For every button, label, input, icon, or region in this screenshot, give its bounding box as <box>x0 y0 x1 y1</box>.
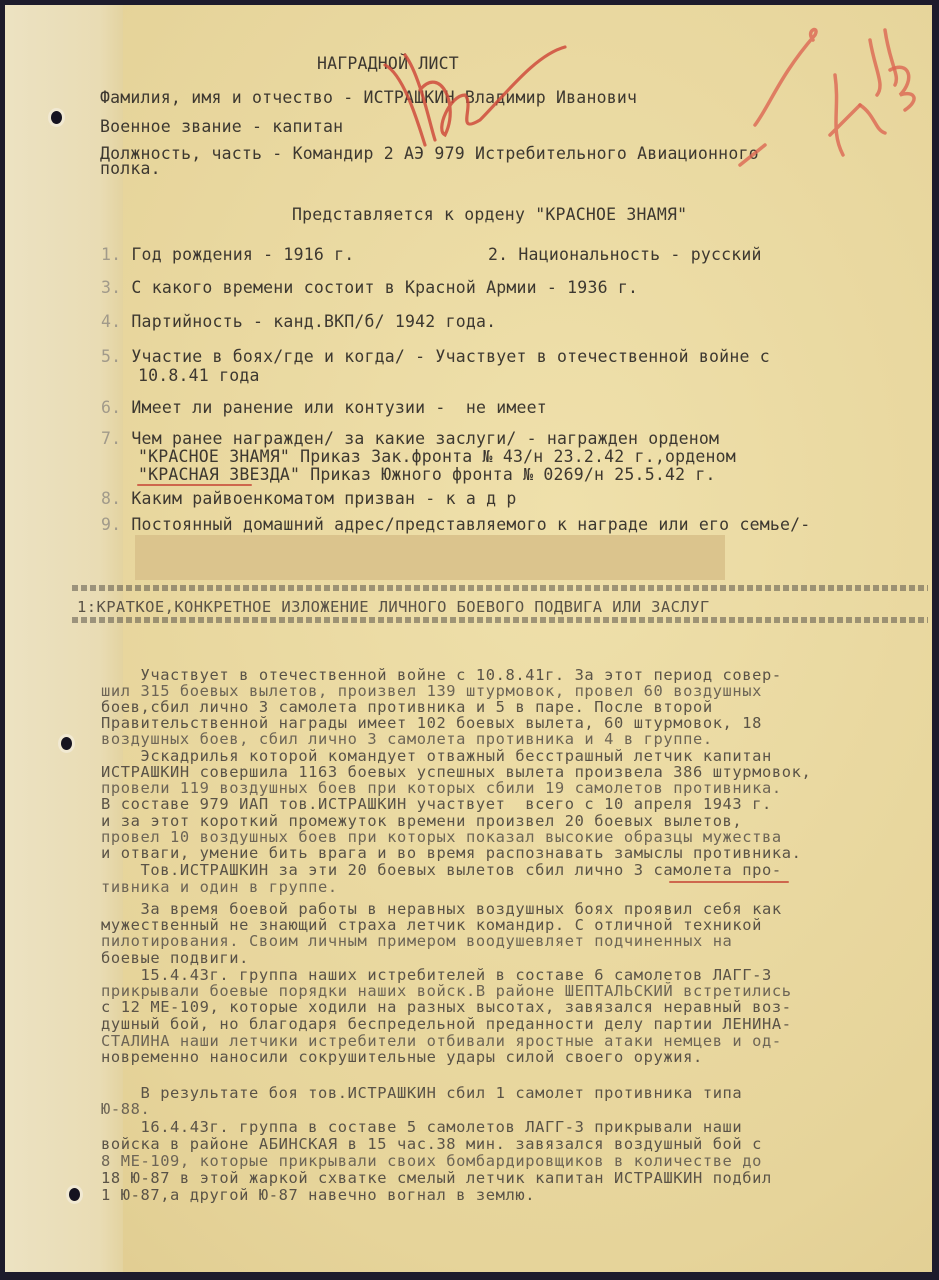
item-text: Национальность - русский <box>518 245 761 264</box>
item-number: 6. <box>101 398 121 417</box>
item-number: 4. <box>101 312 121 331</box>
red-note-icon <box>725 15 925 175</box>
item-4: 4. Партийность - канд.ВКП/б/ 1942 года. <box>101 312 496 331</box>
item-number: 9. <box>101 515 121 534</box>
narrative-line: тивника и один в группе. <box>101 877 338 897</box>
item-7-cont2: "КРАСНАЯ ЗВЕЗДА" Приказ Южного фронта № … <box>138 465 716 484</box>
red-underline <box>137 484 252 486</box>
narrative-line: 1 Ю-87,а другой Ю-87 навечно вогнал в зе… <box>101 1185 535 1205</box>
item-1: 1. Год рождения - 1916 г. <box>101 245 354 264</box>
item-number: 2. <box>488 245 508 264</box>
red-signature-icon <box>365 35 575 155</box>
punch-hole <box>51 111 62 124</box>
item-number: 8. <box>101 489 121 508</box>
item-text: Год рождения - 1916 г. <box>131 245 354 264</box>
item-number: 3. <box>101 278 121 297</box>
item-number: 1. <box>101 245 121 264</box>
item-7-cont: "КРАСНОЕ ЗНАМЯ" Приказ Зак.фронта № 43/н… <box>138 447 736 466</box>
item-text: Каким райвоенкоматом призван - к а д р <box>131 489 516 508</box>
item-3: 3. С какого времени состоит в Красной Ар… <box>101 278 638 297</box>
item-text: Постоянный домашний адрес/представляемог… <box>131 515 810 534</box>
item-text: Участие в боях/где и когда/ - Участвует … <box>131 347 769 366</box>
binding-margin <box>5 5 123 1272</box>
field-value: капитан <box>272 117 343 136</box>
item-9: 9. Постоянный домашний адрес/представляе… <box>101 515 810 534</box>
field-position-cont: полка. <box>100 159 161 178</box>
item-text: Имеет ли ранение или контузии - не имеет <box>131 398 547 417</box>
item-6: 6. Имеет ли ранение или контузии - не им… <box>101 398 547 417</box>
narrative-line: новременно наносили сокрушительные удары… <box>101 1047 703 1067</box>
field-label: Фамилия, имя и отчество <box>100 88 333 107</box>
item-number: 7. <box>101 429 121 448</box>
redacted-address <box>135 535 725 580</box>
item-5-cont: 10.8.41 года <box>138 366 260 385</box>
narrative-line: Ю-88. <box>101 1099 150 1119</box>
narrative-line: В результате боя тов.ИСТРАШКИН сбил 1 са… <box>101 1083 742 1103</box>
item-7: 7. Чем ранее награжден/ за какие заслуги… <box>101 429 719 448</box>
item-number: 5. <box>101 347 121 366</box>
red-underline <box>669 881 789 883</box>
item-text: С какого времени состоит в Красной Армии… <box>131 278 638 297</box>
dashed-rule <box>72 585 928 591</box>
section-heading: 1:КРАТКОЕ,КОНКРЕТНОЕ ИЗЛОЖЕНИЕ ЛИЧНОГО Б… <box>77 598 710 617</box>
punch-hole <box>61 737 72 750</box>
dashed-rule <box>72 617 928 623</box>
item-8: 8. Каким райвоенкоматом призван - к а д … <box>101 489 517 508</box>
award-sheet: НАГРАДНОЙ ЛИСТ Фамилия, имя и отчество -… <box>5 5 932 1272</box>
item-5: 5. Участие в боях/где и когда/ - Участву… <box>101 347 770 366</box>
item-text: Партийность - канд.ВКП/б/ 1942 года. <box>131 312 496 331</box>
field-rank: Военное звание - капитан <box>100 117 343 136</box>
punch-hole <box>69 1188 80 1201</box>
field-label: Военное звание <box>100 117 242 136</box>
item-text: Чем ранее награжден/ за какие заслуги/ -… <box>131 429 719 448</box>
item-2: 2. Национальность - русский <box>488 245 762 264</box>
nomination-line: Представляется к ордену "КРАСНОЕ ЗНАМЯ" <box>292 205 687 224</box>
